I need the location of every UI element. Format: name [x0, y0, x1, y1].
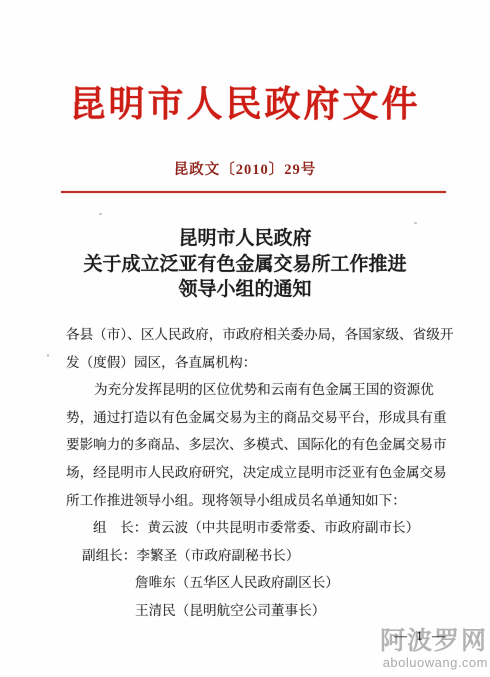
scan-speck — [414, 222, 417, 224]
document-number: 昆政文〔2010〕29号 — [0, 158, 490, 179]
body-line: 为充分发挥昆明的区位优势和云南有色金属王国的资源优 — [66, 376, 456, 404]
member-line-group-leader: 组 长：黄云波（中共昆明市委常委、市政府副市长） — [66, 514, 456, 542]
member-line-deputy-leader: 王清民（昆明航空公司董事长） — [66, 597, 456, 625]
body-line: 发（度假）园区，各直属机构： — [66, 349, 456, 377]
scanned-document-page: 昆明市人民政府文件 昆政文〔2010〕29号 昆明市人民政府 关于成立泛亚有色金… — [0, 0, 490, 677]
body-line: 势，通过打造以有色金属交易为主的商品交易平台，形成具有重 — [66, 404, 456, 432]
red-divider-line — [61, 191, 446, 193]
body-line: 场，经昆明市人民政府研究，决定成立昆明市泛亚有色金属交易 — [66, 459, 456, 487]
scan-speck — [99, 213, 102, 215]
page-number: — 1 — — [394, 628, 448, 644]
notice-body: 各县（市）、区人民政府，市政府相关委办局，各国家级、省级开 发（度假）园区，各直… — [66, 321, 456, 625]
notice-title-line-3: 领导小组的通知 — [0, 277, 490, 303]
body-line: 要影响力的多商品、多层次、多模式、国际化的有色金属交易市 — [66, 431, 456, 459]
member-line-deputy-leader: 副组长：李繁圣（市政府副秘书长） — [66, 542, 456, 570]
body-line: 所工作推进领导小组。现将领导小组成员名单通知如下： — [66, 487, 456, 515]
watermark-url: aboluowang.com — [380, 655, 488, 670]
notice-title-line-1: 昆明市人民政府 — [0, 226, 490, 252]
document-header-title: 昆明市人民政府文件 — [0, 76, 490, 127]
notice-title: 昆明市人民政府 关于成立泛亚有色金属交易所工作推进 领导小组的通知 — [0, 226, 490, 303]
body-line: 各县（市）、区人民政府，市政府相关委办局，各国家级、省级开 — [66, 321, 456, 349]
scan-speck — [47, 354, 49, 357]
notice-title-line-2: 关于成立泛亚有色金属交易所工作推进 — [0, 252, 490, 278]
member-line-deputy-leader: 詹唯东（五华区人民政府副区长） — [66, 569, 456, 597]
